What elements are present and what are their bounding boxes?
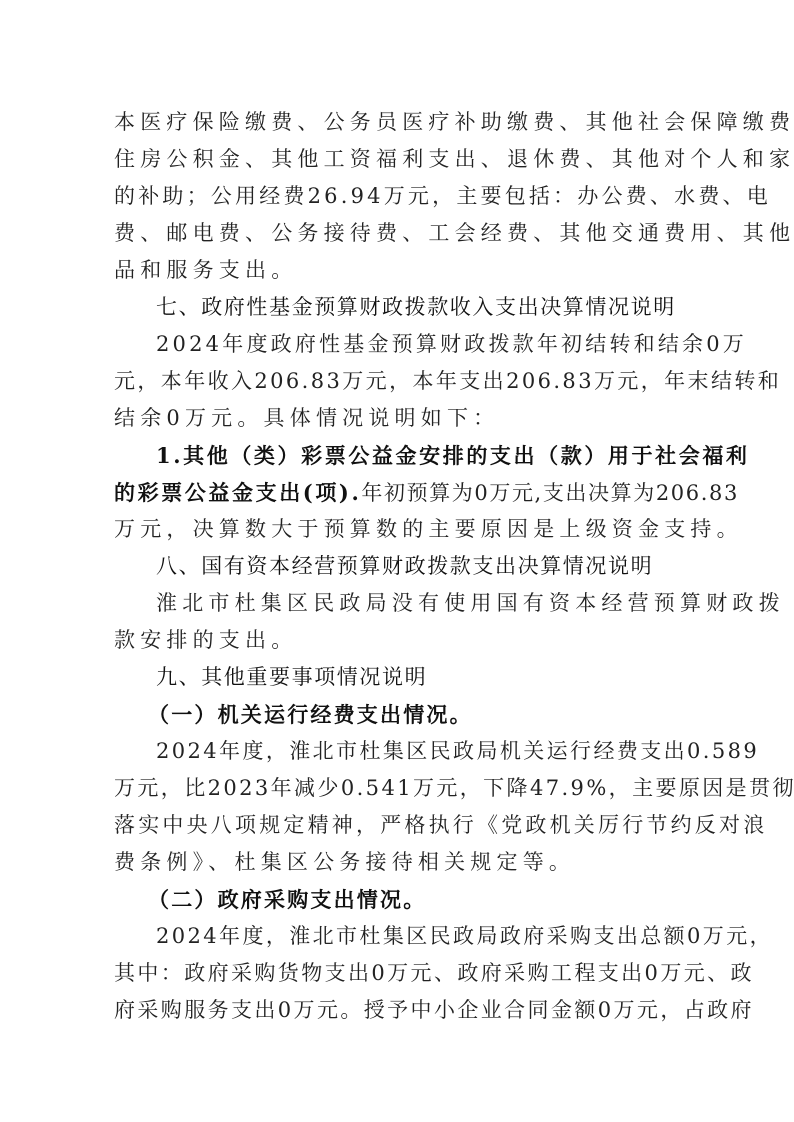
text-line: 淮北市杜集区民政局没有使用国有资本经营预算财政拨 [114, 585, 682, 622]
text-line: 2024年度政府性基金预算财政拨款年初结转和结余0万 [114, 326, 682, 363]
section-9: 九、其他重要事项情况说明 （一）机关运行经费支出情况。 2024年度，淮北市杜集… [114, 659, 682, 1029]
item-heading: 1.其他（类）彩票公益金安排的支出（款）用于社会福利 [114, 437, 682, 474]
text-line: 的补助；公用经费26.94万元，主要包括：办公费、水费、电 [114, 178, 682, 215]
item-heading-cont: 的彩票公益金支出(项). [114, 480, 361, 505]
text-line: 府采购服务支出0万元。授予中小企业合同金额0万元，占政府 [114, 992, 682, 1029]
text-line: 万元，决算数大于预算数的主要原因是上级资金支持。 [114, 511, 682, 548]
text-line: 2024年度，淮北市杜集区民政局政府采购支出总额0万元， [114, 918, 682, 955]
text-line: 本医疗保险缴费、公务员医疗补助缴费、其他社会保障缴费、 [114, 104, 682, 141]
text-line: 落实中央八项规定精神，严格执行《党政机关厉行节约反对浪 [114, 807, 682, 844]
section-7: 七、政府性基金预算财政拨款收入支出决算情况说明 2024年度政府性基金预算财政拨… [114, 289, 682, 548]
section-heading: 七、政府性基金预算财政拨款收入支出决算情况说明 [114, 289, 682, 326]
text-line: 住房公积金、其他工资福利支出、退休费、其他对个人和家庭 [114, 141, 682, 178]
text-line: 费、邮电费、公务接待费、工会经费、其他交通费用、其他商 [114, 215, 682, 252]
text-line: 2024年度，淮北市杜集区民政局机关运行经费支出0.589 [114, 733, 682, 770]
section-heading: 九、其他重要事项情况说明 [114, 659, 682, 696]
text-line: 其中：政府采购货物支出0万元、政府采购工程支出0万元、政 [114, 955, 682, 992]
subsection-heading: （一）机关运行经费支出情况。 [114, 696, 682, 733]
item-text: 年初预算为0万元,支出决算为206.83 [361, 481, 739, 505]
text-line: 费条例》、杜集区公务接待相关规定等。 [114, 844, 682, 881]
text-line: 的彩票公益金支出(项).年初预算为0万元,支出决算为206.83 [114, 474, 682, 511]
text-line: 元，本年收入206.83万元，本年支出206.83万元，年末结转和 [114, 363, 682, 400]
section-8: 八、国有资本经营预算财政拨款支出决算情况说明 淮北市杜集区民政局没有使用国有资本… [114, 548, 682, 659]
subsection-heading: （二）政府采购支出情况。 [114, 881, 682, 918]
text-line: 结余0万元。具体情况说明如下： [114, 400, 682, 437]
text-line: 万元，比2023年减少0.541万元，下降47.9%，主要原因是贯彻 [114, 770, 682, 807]
section-heading: 八、国有资本经营预算财政拨款支出决算情况说明 [114, 548, 682, 585]
personnel-expense-paragraph: 本医疗保险缴费、公务员医疗补助缴费、其他社会保障缴费、 住房公积金、其他工资福利… [114, 104, 682, 289]
text-line: 品和服务支出。 [114, 252, 682, 289]
document-page: 本医疗保险缴费、公务员医疗补助缴费、其他社会保障缴费、 住房公积金、其他工资福利… [114, 104, 682, 1029]
text-line: 款安排的支出。 [114, 622, 682, 659]
